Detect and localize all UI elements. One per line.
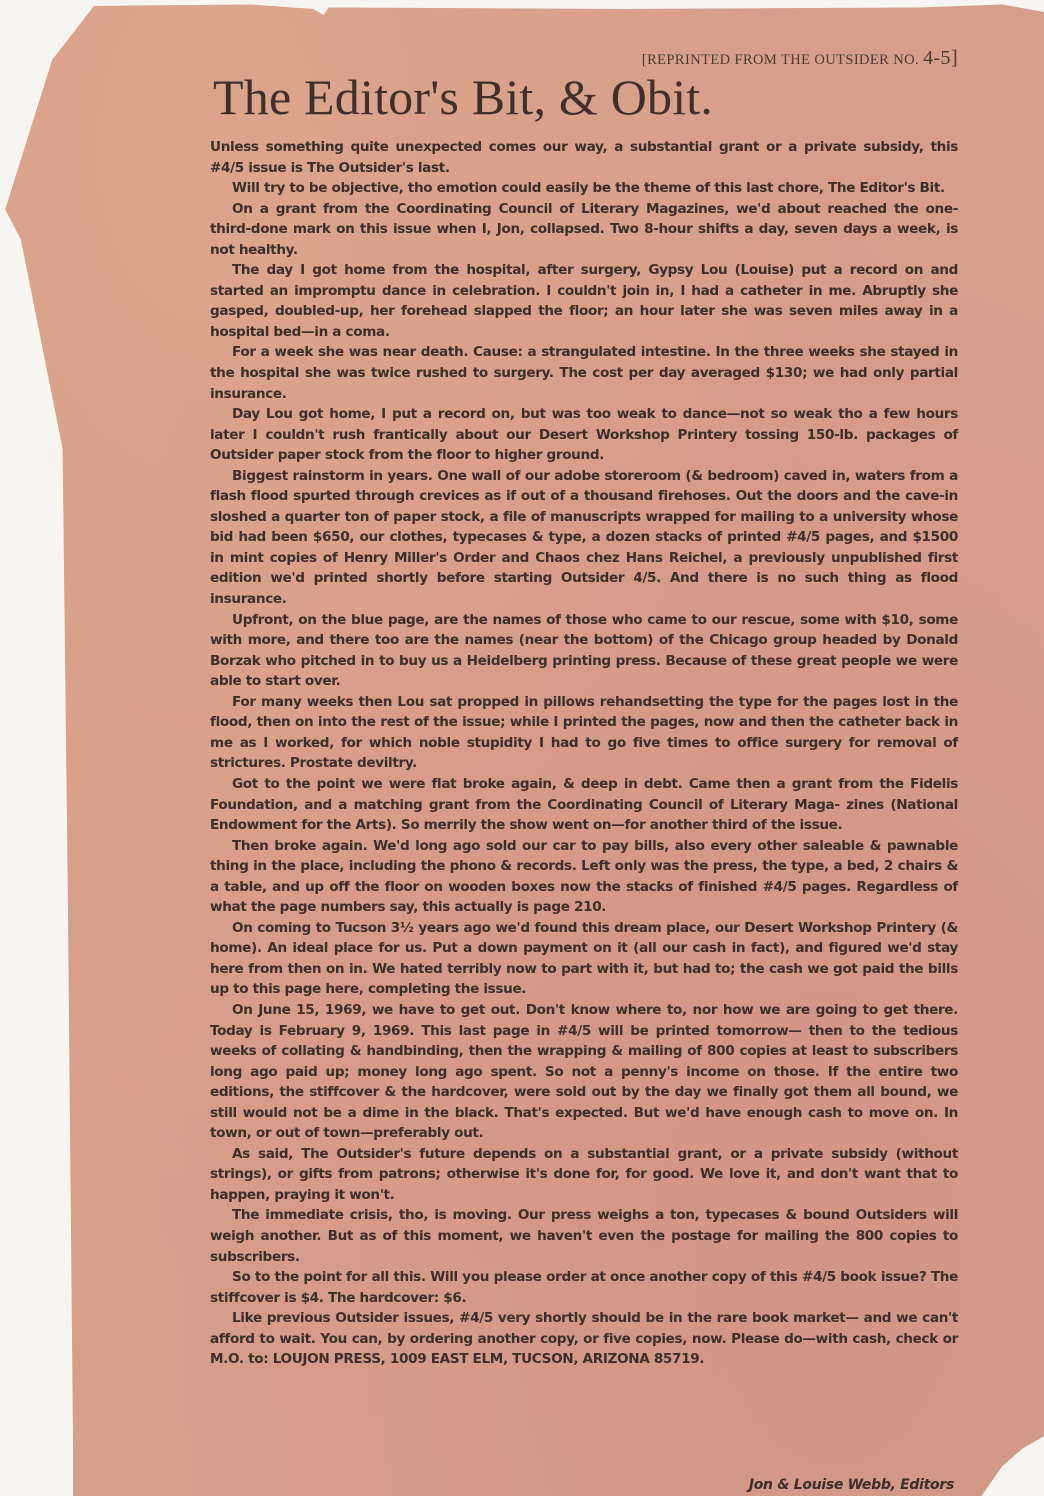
paragraph: Day Lou got home, I put a record on, but… bbox=[210, 404, 958, 466]
paragraph: Unless something quite unexpected comes … bbox=[210, 137, 958, 178]
reprint-issue-number: 4-5] bbox=[923, 47, 958, 69]
reprint-note-text: [REPRINTED FROM THE OUTSIDER NO. bbox=[642, 52, 919, 68]
editors-signature: Jon & Louise Webb, Editors bbox=[749, 1477, 954, 1493]
paragraph: Got to the point we were flat broke agai… bbox=[210, 774, 958, 836]
paragraph: The day I got home from the hospital, af… bbox=[210, 260, 958, 342]
paragraph: The immediate crisis, tho, is moving. Ou… bbox=[210, 1205, 958, 1267]
paragraph: Like previous Outsider issues, #4/5 very… bbox=[210, 1308, 958, 1370]
paragraph: So to the point for all this. Will you p… bbox=[210, 1267, 958, 1308]
paragraph: On June 15, 1969, we have to get out. Do… bbox=[210, 1000, 958, 1144]
paragraph: For a week she was near death. Cause: a … bbox=[210, 342, 958, 404]
article-title: The Editor's Bit, & Obit. bbox=[213, 68, 713, 126]
paragraph: As said, The Outsider's future depends o… bbox=[210, 1144, 958, 1206]
paragraph: On a grant from the Coordinating Council… bbox=[210, 199, 958, 261]
paragraph: Then broke again. We'd long ago sold our… bbox=[210, 836, 958, 918]
paragraph: Biggest rainstorm in years. One wall of … bbox=[210, 466, 958, 610]
paragraph: Upfront, on the blue page, are the names… bbox=[210, 610, 958, 692]
paragraph: Will try to be objective, tho emotion co… bbox=[210, 178, 958, 199]
article-body: Unless something quite unexpected comes … bbox=[210, 137, 958, 1370]
paragraph: For many weeks then Lou sat propped in p… bbox=[210, 692, 958, 774]
reprint-note: [REPRINTED FROM THE OUTSIDER NO. 4-5] bbox=[642, 47, 958, 70]
paragraph: On coming to Tucson 3½ years ago we'd fo… bbox=[210, 918, 958, 1000]
